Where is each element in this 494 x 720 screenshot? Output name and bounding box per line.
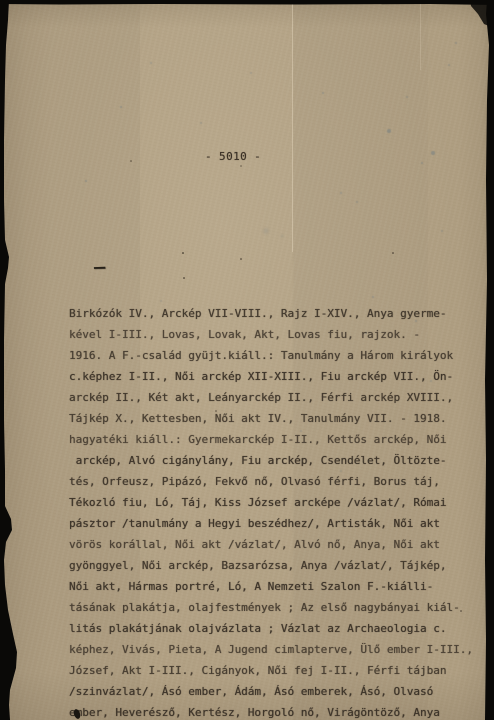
text-line: Tékozló fiu, Ló, Táj, Kiss József arckép… [69, 492, 482, 513]
text-line: /szinvázlat/, Ásó ember, Ádám, Ásó ember… [69, 681, 482, 702]
text-line: tásának plakátja, olajfestmények ; Az el… [69, 597, 482, 618]
text-line: gyönggyel, Női arckép, Bazsarózsa, Anya … [69, 555, 482, 576]
text-line: képhez, Vivás, Pieta, A Jugend cimlapter… [69, 639, 482, 660]
text-line: c.képhez I-II., Női arckép XII-XIII., Fi… [69, 366, 482, 387]
text-line: hagyatéki kiáll.: Gyermekarckép I-II., K… [69, 429, 482, 450]
text-line: Birkózók IV., Arckép VII-VIII., Rajz I-X… [69, 303, 482, 324]
text-line: Női akt, Hármas portré, Ló, A Nemzeti Sz… [69, 576, 482, 597]
margin-dash-mark: – [93, 258, 105, 276]
text-line: arckép, Alvó cigánylány, Fiu arckép, Cse… [69, 450, 482, 471]
page-number: - 5010 - [205, 150, 261, 163]
text-line: József, Akt I-III., Cigányok, Női fej I-… [69, 660, 482, 681]
text-line: litás plakátjának olajvázlata ; Vázlat a… [69, 618, 482, 639]
text-line: 1916. A F.-család gyüjt.kiáll.: Tanulmán… [69, 345, 482, 366]
text-line: arckép II., Két akt, Leányarckép II., Fé… [69, 387, 482, 408]
text-line: ember, Heverésző, Kertész, Horgoló nő, V… [69, 702, 482, 720]
text-line: Tájkép X., Kettesben, Női akt IV., Tanul… [69, 408, 482, 429]
text-line: vörös korállal, Női akt /vázlat/, Alvó n… [69, 534, 482, 555]
text-line: pásztor /tanulmány a Hegyi beszédhez/, A… [69, 513, 482, 534]
typewritten-text-block: Birkózók IV., Arckép VII-VIII., Rajz I-X… [69, 303, 482, 720]
scanned-document-page: - 5010 - – Birkózók IV., Arckép VII-VIII… [0, 0, 494, 720]
text-line: kével I-III., Lovas, Lovak, Akt, Lovas f… [69, 324, 482, 345]
text-line: tés, Orfeusz, Pipázó, Fekvő nő, Olvasó f… [69, 471, 482, 492]
